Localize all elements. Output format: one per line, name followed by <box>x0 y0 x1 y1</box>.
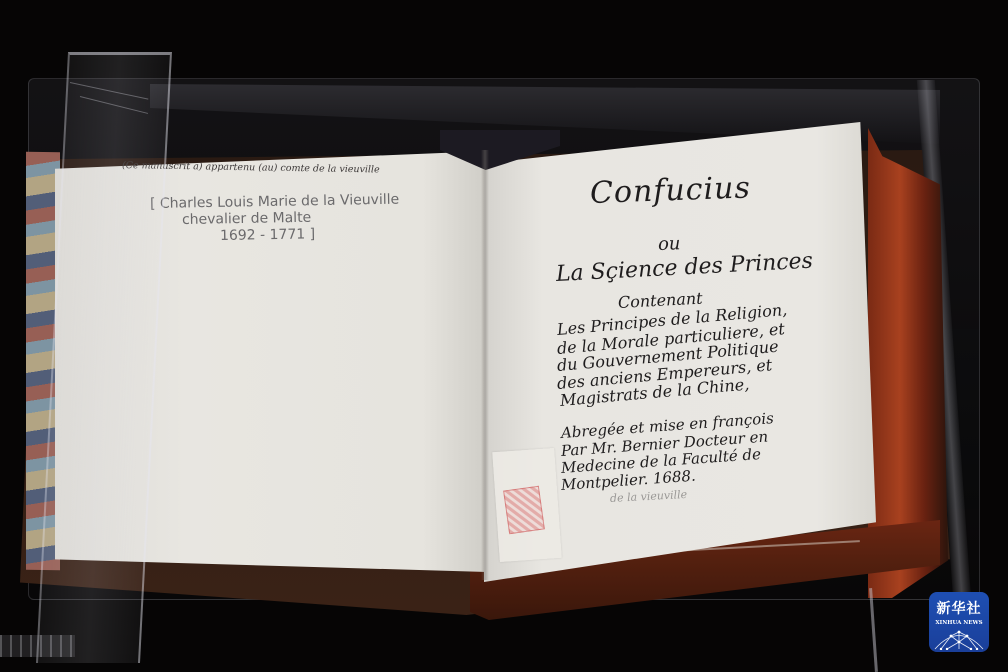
red-seal-stamp <box>503 486 545 535</box>
logo-english-text: XINHUA NEWS <box>929 620 989 626</box>
title-connector: ou <box>658 233 681 255</box>
photo-scene: (Ce manuscrit a) appartenu (au) comte de… <box>0 0 1008 672</box>
manuscript-title: Confucius <box>589 170 751 211</box>
logo-chinese-text: 新华社 <box>929 598 989 618</box>
book-gutter <box>481 150 489 580</box>
glass-edge-line <box>869 588 878 672</box>
network-globe-icon <box>933 628 985 650</box>
pencil-note-line-3: 1692 - 1771 ] <box>220 226 315 244</box>
xinhua-news-logo: 新华社 XINHUA NEWS <box>929 592 989 652</box>
pencil-note-line-2: chevalier de Malte <box>182 210 312 228</box>
acrylic-stand-foot <box>0 635 75 657</box>
